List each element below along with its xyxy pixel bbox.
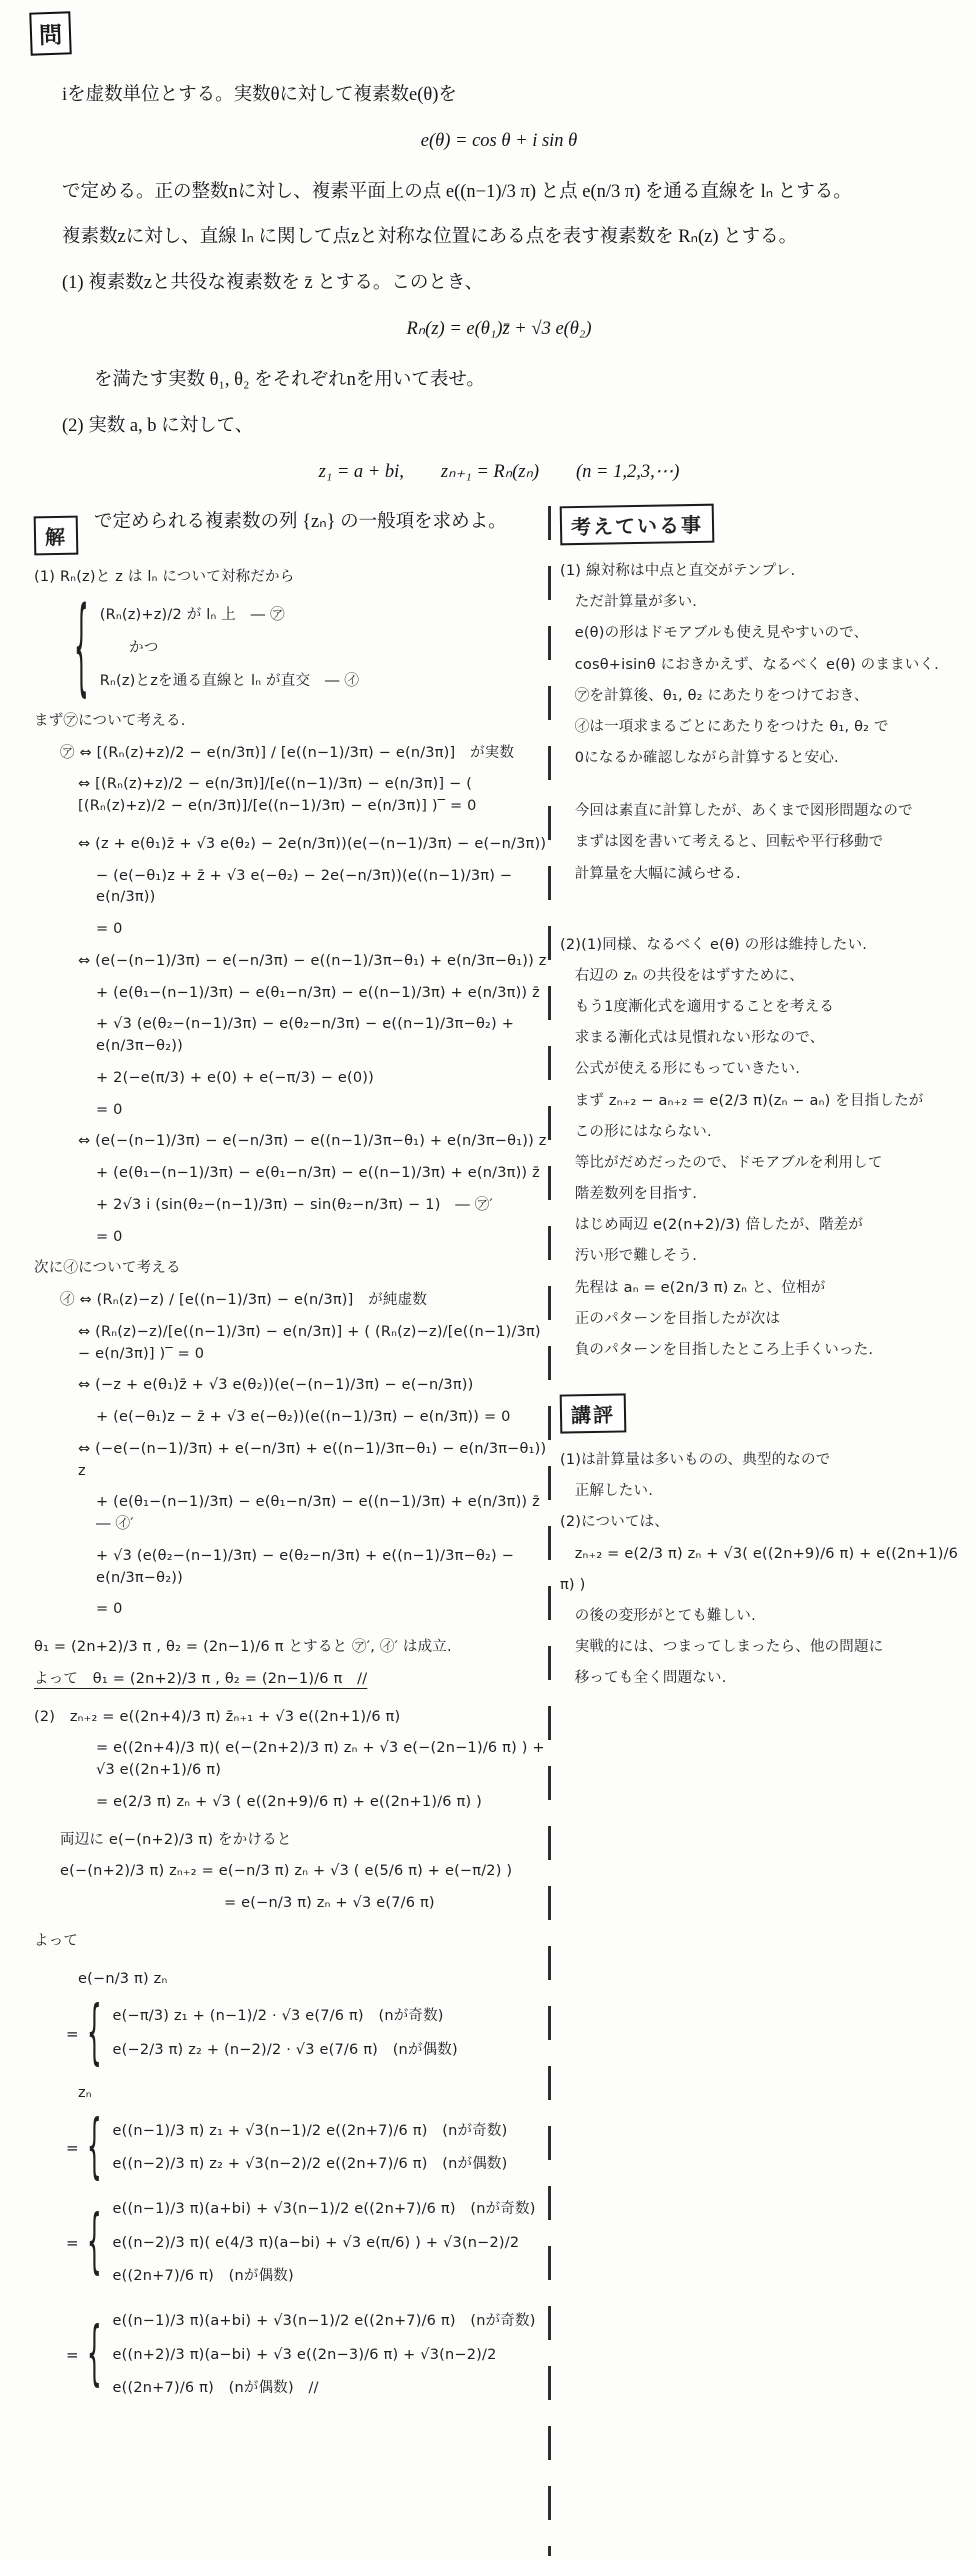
thinking-line-text: e(θ)の形はドモアブルも使え見やすいので、 [560,625,868,641]
solution-case-group: { (Rₙ(z)+z)/2 が lₙ 上 ― ㋐ かつRₙ(z)とzを通る直線と… [34,599,550,699]
solution-line: ⇔ [(Rₙ(z)+z)/2 − e(n/3π)]/[e((n−1)/3π) −… [34,774,550,818]
case-line: Rₙ(z)とzを通る直線と lₙ が直交 ― ㋑ [100,665,550,698]
case-lines: e((n−1)/3 π) z₁ + √3(n−1)/2 e((2n+7)/6 π… [113,2115,550,2182]
solution-line: = e(−n/3 π) zₙ + √3 e(7/6 π) [34,1893,550,1915]
problem-line-text: Rₙ(z) = e(θ₁)z̄ + √3 e(θ₂) [407,319,592,339]
solution-line: ⇔ (z + e(θ₁)z̄ + √3 e(θ₂) − 2e(n/3π))(e(… [34,834,550,856]
thinking-line-text: ㋐を計算後、θ₁, θ₂ にあたりをつけておき、 [560,688,869,704]
review-line-text: の後の変形がとても難しい. [560,1608,756,1624]
solution-line-text: θ₁ = (2n+2)/3 π , θ₂ = (2n−1)/6 π とすると ㋐… [34,1639,452,1655]
solution-line: (2) zₙ₊₂ = e((2n+4)/3 π) z̄ₙ₊₁ + √3 e((2… [34,1707,550,1729]
solution-line: + √3 (e(θ₂−(n−1)/3π) − e(θ₂−n/3π) + e((n… [34,1546,550,1590]
solution-line: ⇔ (e(−(n−1)/3π) − e(−n/3π) − e((n−1)/3π−… [34,951,550,973]
problem-line-text: iを虚数単位とする。実数θに対して複素数e(θ)を [62,85,457,105]
thinking-line-text: 正のパターンを目指したが次は [560,1311,780,1327]
thinking-line: 等比がだめだったので、ドモアブルを利用して [560,1148,970,1179]
solution-line-text: − (e(−θ₁)z + z̄ + √3 e(−θ₂) − 2e(−n/3π))… [96,868,517,906]
solution-line-text: = 0 [96,1102,123,1118]
solution-line: よって [34,1931,550,1953]
review-line-text: 実戦的には、つまってしまったら、他の問題に [560,1639,883,1655]
solution-line-text: + (e(θ₁−(n−1)/3π) − e(θ₁−n/3π) − e((n−1)… [96,1494,555,1532]
solution-line-text: e(−n/3 π) zₙ [78,1971,167,1987]
solution-line: ㋑ ⇔ (Rₙ(z)−z) / [e((n−1)/3π) − e(n/3π)] … [34,1290,550,1312]
solution-line: (1) Rₙ(z)と z は lₙ について対称だから [34,567,550,589]
thinking-line-text: (2)(1)同様、なるべく e(θ) の形は維持したい. [560,937,867,953]
case-brace: { [87,1999,102,2069]
solution-case-group: = { e(−π/3) z₁ + (n−1)/2 · √3 e(7/6 π) (… [34,2000,550,2067]
thinking-line: ㋐を計算後、θ₁, θ₂ にあたりをつけておき、 [560,681,970,712]
thinking-line-text: まず zₙ₊₂ − aₙ₊₂ = e(2/3 π)(zₙ − aₙ) を目指した… [560,1093,923,1109]
review-line-text: zₙ₊₂ = e(2/3 π) zₙ + √3( e((2n+9)/6 π) +… [560,1546,963,1593]
case-line: e((n−1)/3 π)(a+bi) + √3(n−1)/2 e((2n+7)/… [113,2305,550,2338]
solution-line-text: e(−(n+2)/3 π) zₙ₊₂ = e(−n/3 π) zₙ + √3 (… [60,1863,512,1879]
thinking-line-text: 右辺の zₙ の共役をはずすために、 [560,968,804,984]
solution-line: + 2√3 i (sin(θ₂−(n−1)/3π) − sin(θ₂−n/3π)… [34,1195,550,1217]
solution-line-text: ⇔ (−z + e(θ₁)z̄ + √3 e(θ₂))(e(−(n−1)/3π)… [78,1377,474,1393]
solution-line: − (e(−θ₁)z + z̄ + √3 e(−θ₂) − 2e(−n/3π))… [34,866,550,910]
solution-lines: (1) Rₙ(z)と z は lₙ について対称だから { (Rₙ(z)+z)/… [34,567,550,2405]
review-notes: (1)は計算量は多いものの、典型的なので 正解したい.(2)については、 zₙ₊… [560,1445,970,1694]
solution-line: e(−n/3 π) zₙ [34,1969,550,1991]
solution-line-text: + (e(θ₁−(n−1)/3π) − e(θ₁−n/3π) − e((n−1)… [96,1165,540,1181]
case-lines: e(−π/3) z₁ + (n−1)/2 · √3 e(7/6 π) (nが奇数… [113,2000,550,2067]
problem-line-text: で定める。正の整数nに対し、複素平面上の点 e((n−1)/3 π) と点 e(… [62,182,852,202]
solution-line: + 2(−e(π/3) + e(0) + e(−π/3) − e(0)) [34,1068,550,1090]
thinking-line: 今回は素直に計算したが、あくまで図形問題なので [560,796,970,827]
solution-line-text: よって [34,1933,78,1949]
thinking-line-text: ㋑は一項求まるごとにあたりをつけた θ₁, θ₂ で [560,719,889,735]
case-lines: (Rₙ(z)+z)/2 が lₙ 上 ― ㋐ かつRₙ(z)とzを通る直線と l… [100,599,550,699]
problem-line: z₁ = a + bi, zₙ₊₁ = Rₙ(zₙ) (n = 1,2,3,⋯) [62,459,936,486]
review-line: (1)は計算量は多いものの、典型的なので [560,1445,970,1476]
review-line: 移っても全く問題ない. [560,1663,970,1694]
thinking-line: ㋑は一項求まるごとにあたりをつけた θ₁, θ₂ で [560,712,970,743]
solution-line-text: ⇔ (−e(−(n−1)/3π) + e(−n/3π) + e((n−1)/3π… [78,1441,551,1479]
solution-line: ⇔ (Rₙ(z)−z)/[e((n−1)/3π) − e(n/3π)] + ( … [34,1322,550,1366]
solution-line: + (e(θ₁−(n−1)/3π) − e(θ₁−n/3π) − e((n−1)… [34,983,550,1005]
thinking-line-text: cosθ+isinθ におきかえず、なるべく e(θ) のままいく. [560,657,939,673]
solution-line: = e(2/3 π) zₙ + √3 ( e((2n+9)/6 π) + e((… [34,1792,550,1814]
problem-number-box: 問 [29,11,71,55]
thinking-line: 0になるか確認しながら計算すると安心. [560,743,970,774]
thinking-notes: (1) 線対称は中点と直交がテンプレ. ただ計算量が多い. e(θ)の形はドモア… [560,556,970,1366]
solution-line-text: 次に㋑について考える [34,1260,181,1276]
problem-line: (1) 複素数zと共役な複素数を z̄ とする。このとき、 [62,270,936,297]
thinking-line-text: この形にはならない. [560,1124,712,1140]
case-brace: { [87,2320,102,2390]
problem-line: Rₙ(z) = e(θ₁)z̄ + √3 e(θ₂) [62,316,936,343]
case-equals-sign: = [66,2346,79,2364]
problem-line-text: e(θ) = cos θ + i sin θ [421,131,578,151]
case-line: e(−π/3) z₁ + (n−1)/2 · √3 e(7/6 π) (nが奇数… [113,2000,550,2033]
thinking-line-text: 階差数列を目指す. [560,1186,697,1202]
thinking-line-text: 公式が使える形にもっていきたい. [560,1061,800,1077]
thinking-line: 計算量を大幅に減らせる. [560,859,970,890]
thinking-line-text: 等比がだめだったので、ドモアブルを利用して [560,1155,883,1171]
thinking-line: 負のパターンを目指したところ上手くいった. [560,1335,970,1366]
thinking-line: 求まる漸化式は見慣れない形なので、 [560,1023,970,1054]
notes-column: 考えている事 (1) 線対称は中点と直交がテンプレ. ただ計算量が多い. e(θ… [560,505,970,1695]
solution-line: ⇔ (−z + e(θ₁)z̄ + √3 e(θ₂))(e(−(n−1)/3π)… [34,1375,550,1397]
thinking-line-text: はじめ両辺 e(2(n+2)/3) 倍したが、階差が [560,1217,863,1233]
thinking-line-text: (1) 線対称は中点と直交がテンプレ. [560,563,795,579]
solution-line-text: zₙ [78,2085,92,2101]
case-line: (Rₙ(z)+z)/2 が lₙ 上 ― ㋐ [100,599,550,632]
solution-line: 次に㋑について考える [34,1258,550,1280]
thinking-line: e(θ)の形はドモアブルも使え見やすいので、 [560,618,970,649]
review-line-text: 正解したい. [560,1483,653,1499]
problem-line-text: (2) 実数 a, b に対して、 [62,416,253,436]
solution-line-text: ㋐ ⇔ [(Rₙ(z)+z)/2 − e(n/3π)] / [e((n−1)/3… [60,745,514,761]
solution-line-text: = 0 [96,1229,123,1245]
solution-line: ⇔ (−e(−(n−1)/3π) + e(−n/3π) + e((n−1)/3π… [34,1439,550,1483]
thinking-line: 先程は aₙ = e(2n/3 π) zₙ と、位相が [560,1273,970,1304]
solution-case-group: = { e((n−1)/3 π)(a+bi) + √3(n−1)/2 e((2n… [34,2305,550,2405]
thinking-line-text: もう1度漸化式を適用することを考える [560,999,834,1015]
worksheet-page: 問 iを虚数単位とする。実数θに対して複素数e(θ)をe(θ) = cos θ … [0,0,976,2560]
solution-line-text: まず㋐について考える. [34,713,186,729]
solution-line: e(−(n+2)/3 π) zₙ₊₂ = e(−n/3 π) zₙ + √3 (… [34,1861,550,1883]
thinking-line: もう1度漸化式を適用することを考える [560,992,970,1023]
thinking-line-text: まずは図を書いて考えると、回転や平行移動で [560,834,883,850]
solution-line-text: + 2√3 i (sin(θ₂−(n−1)/3π) − sin(θ₂−n/3π)… [96,1197,493,1213]
solution-line-text: ⇔ (e(−(n−1)/3π) − e(−n/3π) − e((n−1)/3π−… [78,1133,547,1149]
solution-line: zₙ [34,2083,550,2105]
solution-line: = 0 [34,919,550,941]
solution-line: = e((2n+4)/3 π)( e(−(2n+2)/3 π) zₙ + √3 … [34,1738,550,1782]
case-line: e((n−2)/3 π)( e(4/3 π)(a−bi) + √3 e(π/6)… [113,2227,550,2294]
thinking-line-text: 0になるか確認しながら計算すると安心. [560,750,839,766]
thinking-line-text: 今回は素直に計算したが、あくまで図形問題なので [560,803,913,819]
review-line: 正解したい. [560,1476,970,1507]
thinking-line-text: 先程は aₙ = e(2n/3 π) zₙ と、位相が [560,1280,825,1296]
thinking-line: まず zₙ₊₂ − aₙ₊₂ = e(2/3 π)(zₙ − aₙ) を目指した… [560,1086,970,1117]
solution-header-box: 解 [34,516,79,556]
case-lines: e((n−1)/3 π)(a+bi) + √3(n−1)/2 e((2n+7)/… [113,2305,550,2405]
review-header-box: 講評 [560,1394,627,1434]
thinking-line-text: ただ計算量が多い. [560,594,697,610]
solution-line: + (e(θ₁−(n−1)/3π) − e(θ₁−n/3π) − e((n−1)… [34,1163,550,1185]
solution-line-text: = e((2n+4)/3 π)( e(−(2n+2)/3 π) zₙ + √3 … [96,1740,550,1778]
thinking-line-text: 計算量を大幅に減らせる. [560,866,741,882]
case-line: e((n−1)/3 π)(a+bi) + √3(n−1)/2 e((2n+7)/… [113,2193,550,2226]
thinking-line-text: 求まる漸化式は見慣れない形なので、 [560,1030,824,1046]
solution-line: = 0 [34,1599,550,1621]
thinking-header-box: 考えている事 [560,504,715,546]
solution-line-text: = e(2/3 π) zₙ + √3 ( e((2n+9)/6 π) + e((… [96,1794,482,1810]
review-line: の後の変形がとても難しい. [560,1601,970,1632]
solution-line-text: ⇔ [(Rₙ(z)+z)/2 − e(n/3π)]/[e((n−1)/3π) −… [78,776,477,814]
solution-line: + √3 (e(θ₂−(n−1)/3π) − e(θ₂−n/3π) − e((n… [34,1014,550,1058]
problem-line: (2) 実数 a, b に対して、 [62,413,936,440]
solution-line: よって θ₁ = (2n+2)/3 π , θ₂ = (2n−1)/6 π // [34,1669,550,1691]
solution-line-text: ⇔ (e(−(n−1)/3π) − e(−n/3π) − e((n−1)/3π−… [78,953,547,969]
solution-line: + (e(θ₁−(n−1)/3π) − e(θ₁−n/3π) − e((n−1)… [34,1492,550,1536]
thinking-line-text: 汚い形で難しそう. [560,1248,697,1264]
thinking-line [560,890,970,930]
thinking-line: 右辺の zₙ の共役をはずすために、 [560,961,970,992]
solution-line: = 0 [34,1227,550,1249]
case-line: e((n+2)/3 π)(a−bi) + √3 e((2n−3)/6 π) + … [113,2339,550,2406]
solution-line-text: ⇔ (z + e(θ₁)z̄ + √3 e(θ₂) − 2e(n/3π))(e(… [78,836,546,852]
problem-line: を満たす実数 θ₁, θ₂ をそれぞれnを用いて表せ。 [62,367,936,394]
thinking-line: 公式が使える形にもっていきたい. [560,1054,970,1085]
case-brace: { [87,2113,102,2183]
case-brace: { [74,596,89,701]
solution-case-group: = { e((n−1)/3 π) z₁ + √3(n−1)/2 e((2n+7)… [34,2115,550,2182]
case-line: e(−2/3 π) z₂ + (n−2)/2 · √3 e(7/6 π) (nが… [113,2034,550,2067]
solution-line: + (e(−θ₁)z − z̄ + √3 e(−θ₂))(e((n−1)/3π)… [34,1407,550,1429]
thinking-line: この形にはならない. [560,1117,970,1148]
solution-line-text: ⇔ (Rₙ(z)−z)/[e((n−1)/3π) − e(n/3π)] + ( … [78,1324,546,1362]
solution-line: ㋐ ⇔ [(Rₙ(z)+z)/2 − e(n/3π)] / [e((n−1)/3… [34,743,550,765]
thinking-line: (1) 線対称は中点と直交がテンプレ. [560,556,970,587]
solution-line: 両辺に e(−(n+2)/3 π) をかけると [34,1830,550,1852]
solution-line-text: = 0 [96,1601,123,1617]
review-line: zₙ₊₂ = e(2/3 π) zₙ + √3( e((2n+9)/6 π) +… [560,1539,970,1601]
solution-case-group: = { e((n−1)/3 π)(a+bi) + √3(n−1)/2 e((2n… [34,2193,550,2293]
review-line-text: 移っても全く問題ない. [560,1670,727,1686]
solution-line: ⇔ (e(−(n−1)/3π) − e(−n/3π) − e((n−1)/3π−… [34,1131,550,1153]
problem-line-text: 複素数zに対し、直線 lₙ に関して点zと対称な位置にある点を表す複素数を Rₙ… [62,227,797,247]
thinking-line: 汚い形で難しそう. [560,1241,970,1272]
solution-line-text: + √3 (e(θ₂−(n−1)/3π) − e(θ₂−n/3π) + e((n… [96,1548,519,1586]
case-equals-sign: = [66,2234,79,2252]
solution-line-text: + (e(θ₁−(n−1)/3π) − e(θ₁−n/3π) − e((n−1)… [96,985,540,1001]
solution-line-text: 両辺に e(−(n+2)/3 π) をかけると [60,1832,292,1848]
problem-line: iを虚数単位とする。実数θに対して複素数e(θ)を [62,82,936,109]
case-equals-sign: = [66,2025,79,2043]
problem-line-text: z₁ = a + bi, zₙ₊₁ = Rₙ(zₙ) (n = 1,2,3,⋯) [319,462,680,482]
solution-line-text: = 0 [96,921,123,937]
review-line-text: (1)は計算量は多いものの、典型的なので [560,1452,830,1468]
solution-line-text: (2) zₙ₊₂ = e((2n+4)/3 π) z̄ₙ₊₁ + √3 e((2… [34,1709,400,1725]
solution-line: = 0 [34,1100,550,1122]
solution-line-text: + (e(−θ₁)z − z̄ + √3 e(−θ₂))(e((n−1)/3π)… [96,1409,511,1425]
problem-line-text: を満たす実数 θ₁, θ₂ をそれぞれnを用いて表せ。 [94,370,485,390]
review-line: (2)については、 [560,1507,970,1538]
case-line: かつ [100,632,550,665]
problem-line-text: (1) 複素数zと共役な複素数を z̄ とする。このとき、 [62,273,483,293]
solution-line-text: (1) Rₙ(z)と z は lₙ について対称だから [34,569,294,585]
thinking-line: 正のパターンを目指したが次は [560,1304,970,1335]
problem-statement: iを虚数単位とする。実数θに対して複素数e(θ)をe(θ) = cos θ + … [62,82,936,555]
thinking-line: ただ計算量が多い. [560,587,970,618]
case-lines: e((n−1)/3 π)(a+bi) + √3(n−1)/2 e((2n+7)/… [113,2193,550,2293]
problem-line: で定める。正の整数nに対し、複素平面上の点 e((n−1)/3 π) と点 e(… [62,179,936,206]
solution-line-text: = e(−n/3 π) zₙ + √3 e(7/6 π) [224,1895,435,1911]
solution-line: θ₁ = (2n+2)/3 π , θ₂ = (2n−1)/6 π とすると ㋐… [34,1637,550,1659]
thinking-line: (2)(1)同様、なるべく e(θ) の形は維持したい. [560,930,970,961]
case-brace: { [87,2208,102,2278]
solution-line-text: + 2(−e(π/3) + e(0) + e(−π/3) − e(0)) [96,1070,374,1086]
thinking-line: cosθ+isinθ におきかえず、なるべく e(θ) のままいく. [560,650,970,681]
thinking-line-text: 負のパターンを目指したところ上手くいった. [560,1342,873,1358]
solution-column: 解 (1) Rₙ(z)と z は lₙ について対称だから { (Rₙ(z)+z… [34,516,550,2417]
solution-line-text: + √3 (e(θ₂−(n−1)/3π) − e(θ₂−n/3π) − e((n… [96,1016,519,1054]
case-equals-sign: = [66,2139,79,2157]
thinking-line: 階差数列を目指す. [560,1179,970,1210]
solution-line: まず㋐について考える. [34,711,550,733]
review-line-text: (2)については、 [560,1514,669,1530]
case-line: e((n−2)/3 π) z₂ + √3(n−2)/2 e((2n+7)/6 π… [113,2148,550,2181]
review-line: 実戦的には、つまってしまったら、他の問題に [560,1632,970,1663]
thinking-line [560,774,970,796]
thinking-line: まずは図を書いて考えると、回転や平行移動で [560,827,970,858]
solution-line-text: ㋑ ⇔ (Rₙ(z)−z) / [e((n−1)/3π) − e(n/3π)] … [60,1292,427,1308]
case-line: e((n−1)/3 π) z₁ + √3(n−1)/2 e((2n+7)/6 π… [113,2115,550,2148]
problem-line: 複素数zに対し、直線 lₙ に関して点zと対称な位置にある点を表す複素数を Rₙ… [62,224,936,251]
problem-line: e(θ) = cos θ + i sin θ [62,128,936,155]
thinking-line: はじめ両辺 e(2(n+2)/3) 倍したが、階差が [560,1210,970,1241]
solution-line-text: よって θ₁ = (2n+2)/3 π , θ₂ = (2n−1)/6 π // [34,1671,367,1687]
